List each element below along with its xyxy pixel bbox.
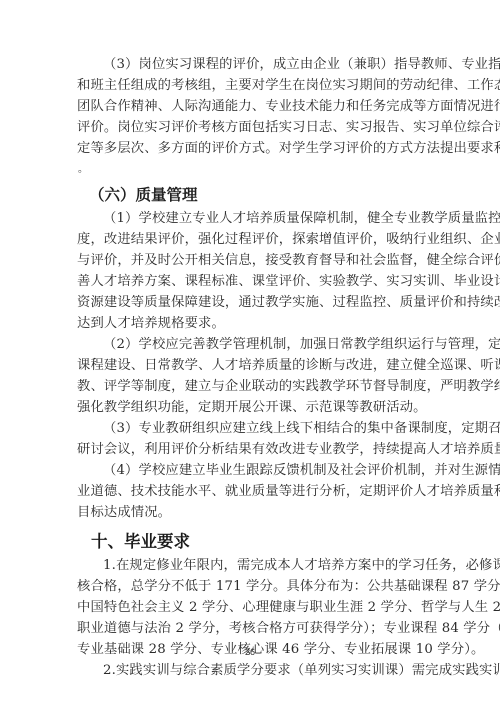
paragraph-line: 评价。岗位实习评价考核方面包括实习日志、实习报告、实习单位综合评价鉴 (77, 117, 421, 138)
paragraph-line: 团队合作精神、人际沟通能力、专业技术能力和任务完成等方面情况进行考核 (77, 96, 421, 117)
paragraph-line: 定等多层次、多方面的评价方式。对学生学习评价的方式方法提出要求和建议 (77, 138, 421, 159)
paragraph-line: 达到人才培养规格要求。 (77, 313, 421, 334)
paragraph-line: 中国特色社会主义 2 学分、心理健康与职业生涯 2 学分、哲学与人生 2 学分、 (77, 597, 421, 618)
section-heading-quality-management: （六）质量管理 (77, 183, 421, 207)
paragraph-line: 研讨会议，利用评价分析结果有效改进专业教学，持续提高人才培养质量。 (77, 439, 421, 460)
paragraph-line: 业道德、技术技能水平、就业质量等进行分析，定期评价人才培养质量和培养 (77, 481, 421, 502)
paragraph-line: 目标达成情况。 (77, 502, 421, 523)
paragraph-line: 2.实践实训与综合素质学分要求（单列实习实训课）需完成实践实训与综 (77, 660, 421, 681)
document-body: （3）岗位实习课程的评价，成立由企业（兼职）指导教师、专业指导教师 和班主任组成… (77, 54, 421, 681)
paragraph-line: 职业道德与法治 2 学分，考核合格方可获得学分）；专业课程 84 学分（其中 (77, 618, 421, 639)
paragraph-line: （2）学校应完善教学管理机制，加强日常教学组织运行与管理，定期开展 (77, 334, 421, 355)
page-number: 26 (0, 647, 500, 657)
paragraph-line: 强化教学组织功能，定期开展公开课、示范课等教研活动。 (77, 397, 421, 418)
document-page: （3）岗位实习课程的评价，成立由企业（兼职）指导教师、专业指导教师 和班主任组成… (0, 0, 500, 707)
paragraph-line: （1）学校建立专业人才培养质量保障机制，健全专业教学质量监控管理制 (77, 208, 421, 229)
paragraph-line: 善人才培养方案、课程标准、课堂评价、实验教学、实习实训、毕业设计以及 (77, 271, 421, 292)
paragraph-line: 和班主任组成的考核组，主要对学生在岗位实习期间的劳动纪律、工作态度、 (77, 75, 421, 96)
paragraph-line: 资源建设等质量保障建设，通过教学实施、过程监控、质量评价和持续改进， (77, 292, 421, 313)
paragraph-line: 课程建设、日常教学、人才培养质量的诊断与改进，建立健全巡课、听课、评 (77, 355, 421, 376)
paragraph-line: 核合格，总学分不低于 171 学分。具体分布为：公共基础课程 87 学分（含中 (77, 576, 421, 597)
paragraph-line: （3）岗位实习课程的评价，成立由企业（兼职）指导教师、专业指导教师 (77, 54, 421, 75)
paragraph-line: （3）专业教研组织应建立线上线下相结合的集中备课制度，定期召开教学 (77, 418, 421, 439)
paragraph-line: 1.在规定修业年限内，需完成本人才培养方案中的学习任务，必修课程考 (77, 555, 421, 576)
paragraph-line: 度，改进结果评价，强化过程评价，探索增值评价，吸纳行业组织、企业等参 (77, 229, 421, 250)
paragraph-line: （4）学校应建立毕业生跟踪反馈机制及社会评价机制，并对生源情况、职 (77, 460, 421, 481)
paragraph-line: 教、评学等制度，建立与企业联动的实践教学环节督导制度，严明教学纪律， (77, 376, 421, 397)
paragraph-line: 与评价，并及时公开相关信息，接受教育督导和社会监督，健全综合评价。完 (77, 250, 421, 271)
stray-period: 。 (77, 159, 421, 180)
chapter-heading-graduation-requirements: 十、毕业要求 (77, 529, 421, 555)
